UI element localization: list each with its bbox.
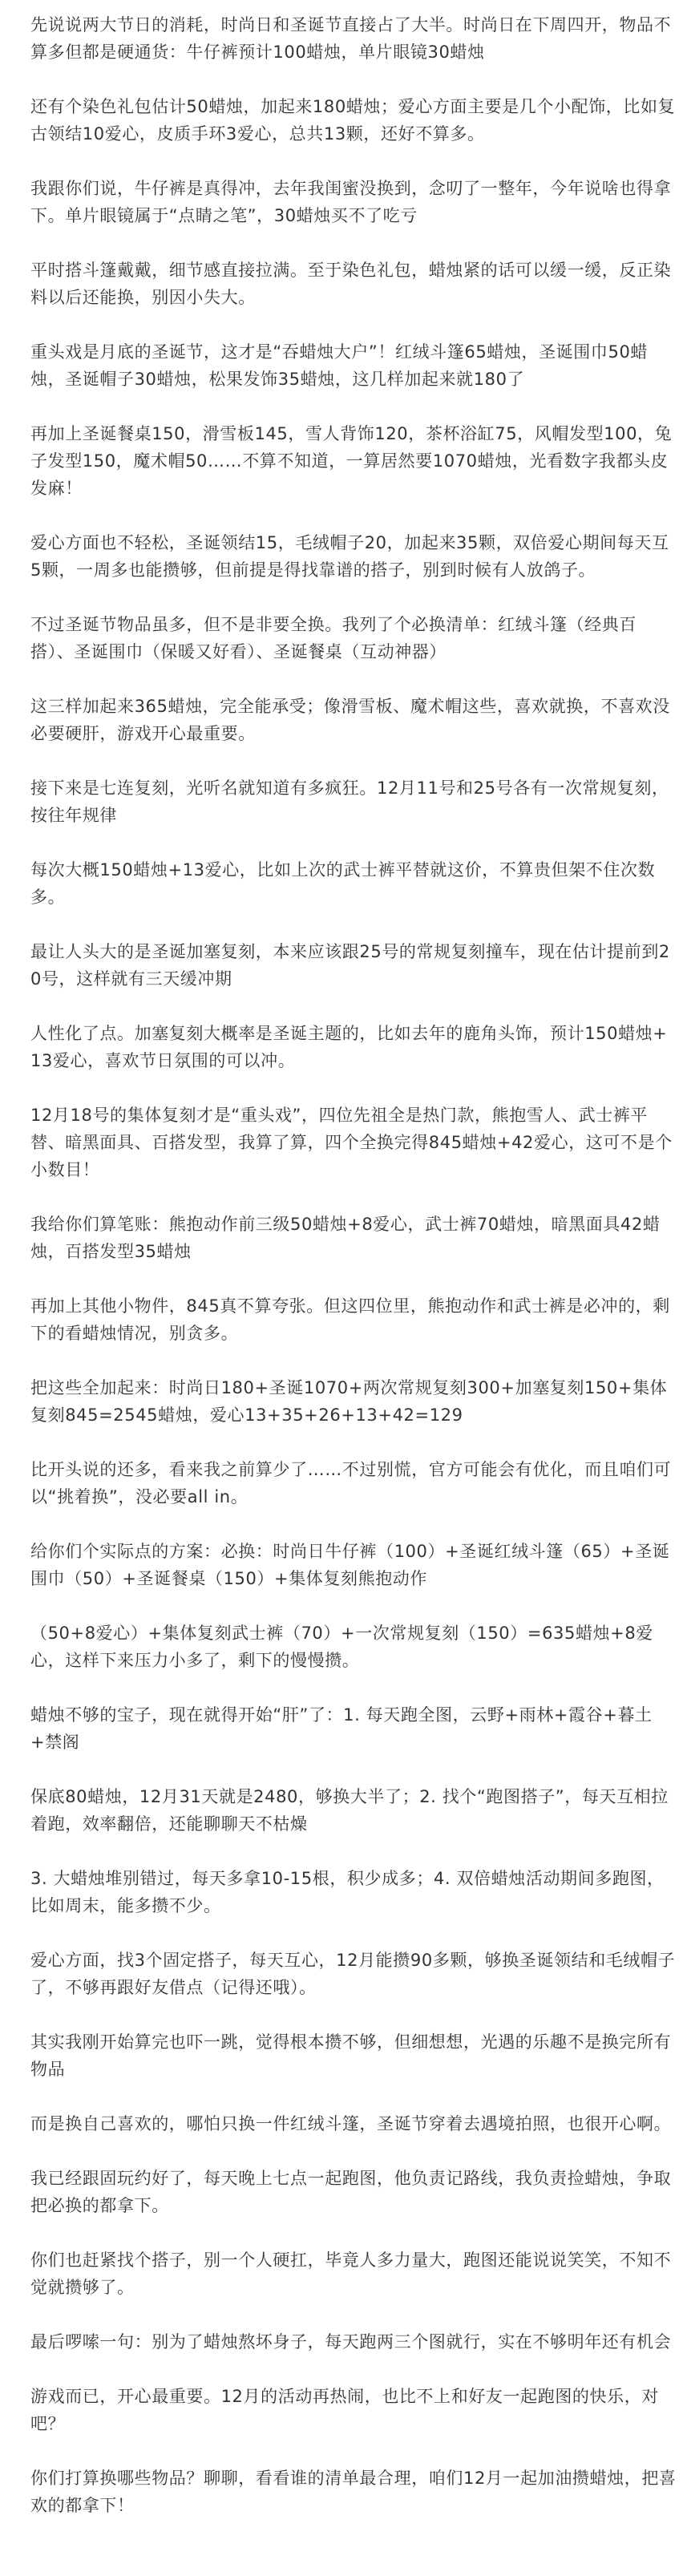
paragraph: 接下来是七连复刻，光听名就知道有多疯狂。12月11号和25号各有一次常规复刻，按… xyxy=(30,774,677,829)
paragraph: 人性化了点。加塞复刻大概率是圣诞主题的，比如去年的鹿角头饰，预计150蜡烛+13… xyxy=(30,1020,677,1074)
article-body: 先说说两大节日的消耗，时尚日和圣诞节直接占了大半。时尚日在下周四开，物品不算多但… xyxy=(0,0,683,2519)
paragraph: 不过圣诞节物品虽多，但不是非要全换。我列了个必换清单：红绒斗篷（经典百搭）、圣诞… xyxy=(30,611,677,665)
paragraph: 12月18号的集体复刻才是“重头戏”，四位先祖全是热门款，熊抱雪人、武士裤平替、… xyxy=(30,1102,677,1183)
paragraph: 爱心方面也不轻松，圣诞领结15，毛绒帽子20，加起来35颗，双倍爱心期间每天互5… xyxy=(30,529,677,584)
paragraph: 最后啰嗦一句：别为了蜡烛熬坏身子，每天跑两三个图就行，实在不够明年还有机会 xyxy=(30,2328,677,2356)
paragraph: 比开头说的还多，看来我之前算少了……不过别慌，官方可能会有优化，而且咱们可以“挑… xyxy=(30,1456,677,1510)
paragraph: 我给你们算笔账：熊抱动作前三级50蜡烛+8爱心，武士裤70蜡烛，暗黑面具42蜡烛… xyxy=(30,1211,677,1265)
paragraph: 我已经跟固玩约好了，每天晚上七点一起跑图，他负责记路线，我负责捡蜡烛，争取把必换… xyxy=(30,2165,677,2219)
paragraph: 我跟你们说，牛仔裤是真得冲，去年我闺蜜没换到，念叨了一整年，今年说啥也得拿下。单… xyxy=(30,175,677,229)
paragraph: （50+8爱心）+集体复刻武士裤（70）+一次常规复刻（150）=635蜡烛+8… xyxy=(30,1620,677,1674)
paragraph: 把这些全加起来：时尚日180+圣诞1070+两次常规复刻300+加塞复刻150+… xyxy=(30,1374,677,1429)
paragraph: 每次大概150蜡烛+13爱心，比如上次的武士裤平替就这价，不算贵但架不住次数多。 xyxy=(30,856,677,911)
paragraph: 你们打算换哪些物品？聊聊，看看谁的清单最合理，咱们12月一起加油攒蜡烛，把喜欢的… xyxy=(30,2465,677,2519)
paragraph: 最让人头大的是圣诞加塞复刻，本来应该跟25号的常规复刻撞车，现在估计提前到20号… xyxy=(30,938,677,993)
paragraph: 爱心方面，找3个固定搭子，每天互心，12月能攒90多颗，够换圣诞领结和毛绒帽子了… xyxy=(30,1947,677,2001)
paragraph: 重头戏是月底的圣诞节，这才是“吞蜡烛大户”！红绒斗篷65蜡烛，圣诞围巾50蜡烛，… xyxy=(30,338,677,393)
paragraph: 先说说两大节日的消耗，时尚日和圣诞节直接占了大半。时尚日在下周四开，物品不算多但… xyxy=(30,11,677,66)
paragraph: 你们也赶紧找个搭子，别一个人硬扛，毕竟人多力量大，跑图还能说说笑笑，不知不觉就攒… xyxy=(30,2246,677,2301)
paragraph: 再加上其他小物件，845真不算夸张。但这四位里，熊抱动作和武士裤是必冲的，剩下的… xyxy=(30,1292,677,1347)
paragraph: 保底80蜡烛，12月31天就是2480，够换大半了；2. 找个“跑图搭子”，每天… xyxy=(30,1783,677,1838)
paragraph: 给你们个实际点的方案：必换：时尚日牛仔裤（100）+圣诞红绒斗篷（65）+圣诞围… xyxy=(30,1538,677,1592)
paragraph: 游戏而已，开心最重要。12月的活动再热闹，也比不上和好友一起跑图的快乐，对吧？ xyxy=(30,2383,677,2437)
paragraph: 3. 大蜡烛堆别错过，每天多拿10-15根，积少成多；4. 双倍蜡烛活动期间多跑… xyxy=(30,1865,677,1919)
paragraph: 而是换自己喜欢的，哪怕只换一件红绒斗篷，圣诞节穿着去遇境拍照，也很开心啊。 xyxy=(30,2110,677,2137)
paragraph: 这三样加起来365蜡烛，完全能承受；像滑雪板、魔术帽这些，喜欢就换，不喜欢没必要… xyxy=(30,693,677,747)
paragraph: 蜡烛不够的宝子，现在就得开始“肝”了：1. 每天跑全图，云野+雨林+霞谷+暮土+… xyxy=(30,1701,677,1756)
paragraph: 平时搭斗篷戴戴，细节感直接拉满。至于染色礼包，蜡烛紧的话可以缓一缓，反正染料以后… xyxy=(30,257,677,311)
paragraph: 再加上圣诞餐桌150，滑雪板145，雪人背饰120，茶杯浴缸75，风帽发型100… xyxy=(30,420,677,502)
paragraph: 还有个染色礼包估计50蜡烛，加起来180蜡烛；爱心方面主要是几个小配饰，比如复古… xyxy=(30,93,677,148)
paragraph: 其实我刚开始算完也吓一跳，觉得根本攒不够，但细想想，光遇的乐趣不是换完所有物品 xyxy=(30,2028,677,2083)
